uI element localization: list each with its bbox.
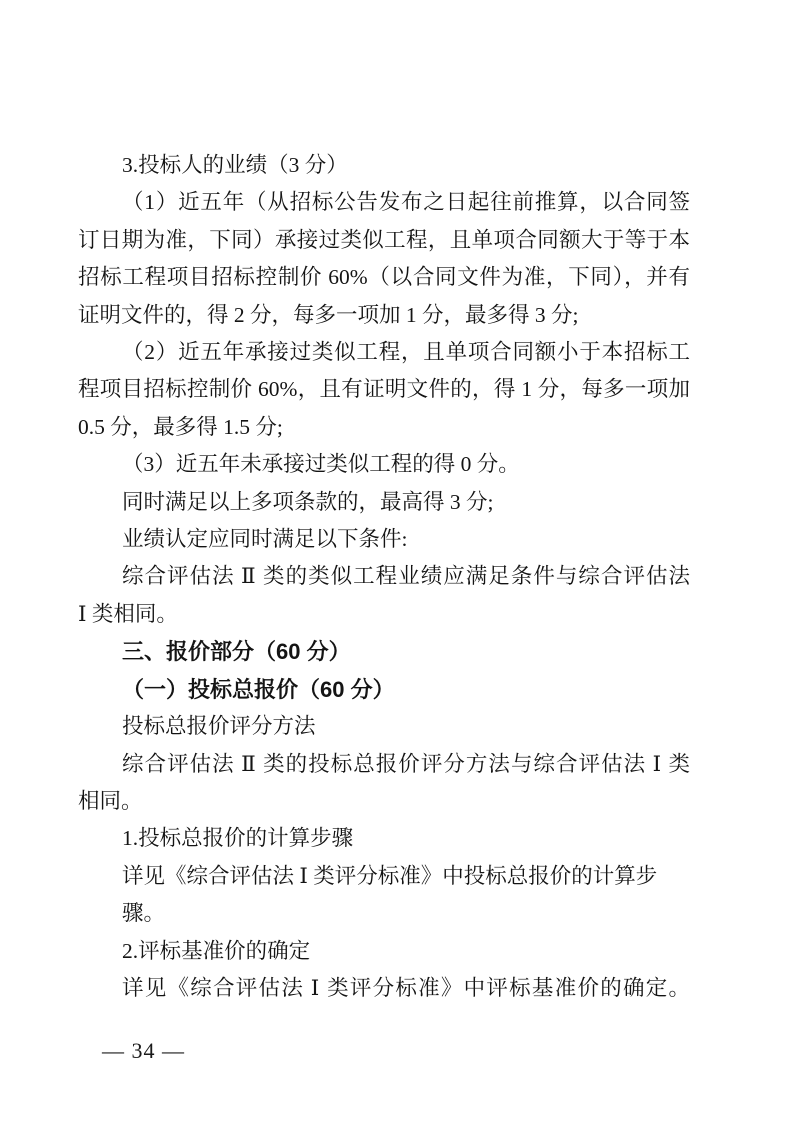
text-line: 1.投标总报价的计算步骤: [78, 820, 690, 857]
text-line: 综合评估法 Ⅱ 类的投标总报价评分方法与综合评估法 Ⅰ 类: [78, 746, 690, 783]
text-line: 相同。: [78, 783, 690, 820]
document-body: 3.投标人的业绩（3 分）（1）近五年（从招标公告发布之日起往前推算，以合同签订…: [78, 147, 690, 1007]
text-line: 详见《综合评估法 Ⅰ 类评分标准》中评标基准价的确定。: [78, 970, 690, 1007]
text-line: 3.投标人的业绩（3 分）: [78, 147, 690, 184]
text-line: 投标总报价评分方法: [78, 708, 690, 745]
text-line: 0.5 分，最多得 1.5 分;: [78, 409, 690, 446]
text-line: 同时满足以上多项条款的，最高得 3 分;: [78, 484, 690, 521]
page-number: — 34 —: [102, 1038, 185, 1064]
text-line: 订日期为准，下同）承接过类似工程，且单项合同额大于等于本: [78, 222, 690, 259]
text-line: 招标工程项目招标控制价 60%（以合同文件为准，下同），并有: [78, 259, 690, 296]
heading-line: 三、报价部分（60 分）: [78, 633, 690, 670]
heading-line: （一）投标总报价（60 分）: [78, 671, 690, 708]
text-line: 综合评估法 Ⅱ 类的类似工程业绩应满足条件与综合评估法: [78, 558, 690, 595]
text-line: Ⅰ 类相同。: [78, 596, 690, 633]
text-line: 2.评标基准价的确定: [78, 933, 690, 970]
text-line: 证明文件的，得 2 分，每多一项加 1 分，最多得 3 分;: [78, 297, 690, 334]
text-line: （2）近五年承接过类似工程，且单项合同额小于本招标工: [78, 334, 690, 371]
text-line: （3）近五年未承接过类似工程的得 0 分。: [78, 446, 690, 483]
document-page: 3.投标人的业绩（3 分）（1）近五年（从招标公告发布之日起往前推算，以合同签订…: [0, 0, 793, 1122]
text-line: 程项目招标控制价 60%，且有证明文件的，得 1 分，每多一项加: [78, 371, 690, 408]
text-line: 业绩认定应同时满足以下条件:: [78, 521, 690, 558]
text-line: （1）近五年（从招标公告发布之日起往前推算，以合同签: [78, 184, 690, 221]
text-line: 详见《综合评估法 Ⅰ 类评分标准》中投标总报价的计算步骤。: [78, 858, 690, 933]
